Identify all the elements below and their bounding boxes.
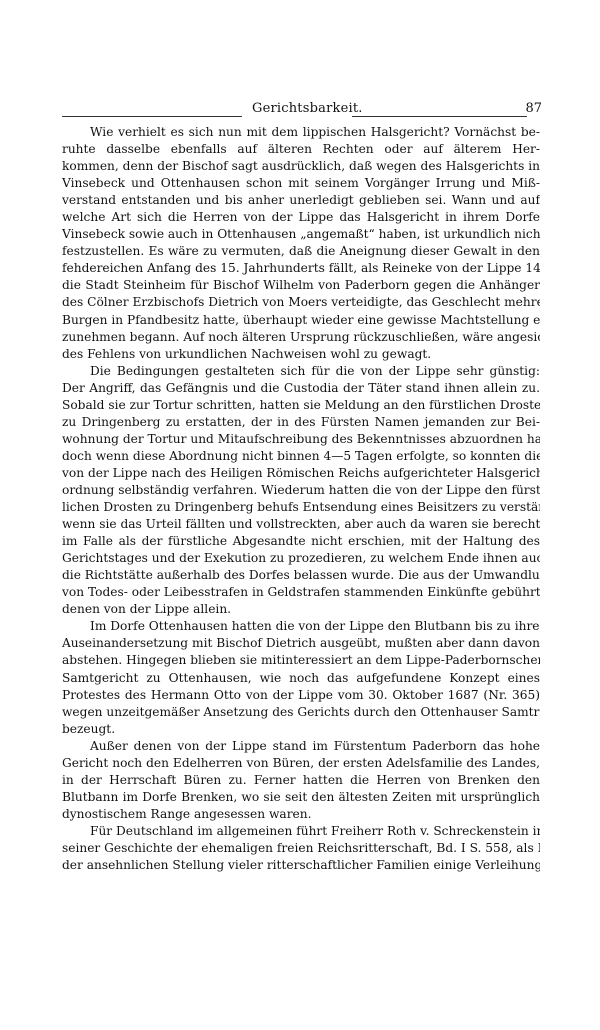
text-line: kommen, denn der Bischof sagt ausdrückli… — [62, 158, 540, 175]
text-line: Wie verhielt es sich nun mit dem lippisc… — [62, 124, 540, 141]
text-line: Burgen in Pfandbesitz hatte, überhaupt w… — [62, 312, 540, 329]
text-line: von der Lippe nach des Heiligen Römische… — [62, 465, 540, 482]
body-text: Wie verhielt es sich nun mit dem lippisc… — [62, 124, 540, 874]
text-line: ordnung selbständig verfahren. Wiederum … — [62, 482, 540, 499]
text-line: die Richtstätte außerhalb des Dorfes bel… — [62, 567, 540, 584]
running-title: Gerichtsbarkeit. — [252, 101, 363, 116]
text-line: des Fehlens von urkundlichen Nachweisen … — [62, 346, 540, 363]
text-line: festzustellen. Es wäre zu vermuten, daß … — [62, 243, 540, 260]
text-line: Im Dorfe Ottenhausen hatten die von der … — [62, 618, 540, 635]
text-line: fehdereichen Anfang des 15. Jahrhunderts… — [62, 260, 540, 277]
text-line: ruhte dasselbe ebenfalls auf älteren Rec… — [62, 141, 540, 158]
text-line: von Todes- oder Leibesstrafen in Geldstr… — [62, 584, 540, 601]
text-line: des Cölner Erzbischofs Dietrich von Moer… — [62, 294, 540, 311]
text-line: Außer denen von der Lippe stand im Fürst… — [62, 738, 540, 755]
text-line: zunehmen begann. Auf noch älteren Urspru… — [62, 329, 540, 346]
paragraph: Für Deutschland im allgemeinen führt Fre… — [62, 823, 540, 874]
text-line: Die Bedingungen gestalteten sich für die… — [62, 363, 540, 380]
text-line: wegen unzeitgemäßer Ansetzung des Gerich… — [62, 704, 540, 721]
page-number: 87 — [525, 101, 542, 116]
text-line: Sobald sie zur Tortur schritten, hatten … — [62, 397, 540, 414]
text-line: Vinsebeck und Ottenhausen schon mit sein… — [62, 175, 540, 192]
paragraph: Außer denen von der Lippe stand im Fürst… — [62, 738, 540, 823]
text-line: doch wenn diese Abordnung nicht binnen 4… — [62, 448, 540, 465]
text-line: Vinsebeck sowie auch in Ottenhausen „ang… — [62, 226, 540, 243]
text-line: zu Dringenberg zu erstatten, der in des … — [62, 414, 540, 431]
paragraph: Wie verhielt es sich nun mit dem lippisc… — [62, 124, 540, 363]
running-header: Gerichtsbarkeit. 87 — [62, 101, 542, 119]
text-line: denen von der Lippe allein. — [62, 601, 540, 618]
text-line: Protestes des Hermann Otto von der Lippe… — [62, 687, 540, 704]
text-line: die Stadt Steinheim für Bischof Wilhelm … — [62, 277, 540, 294]
text-line: bezeugt. — [62, 721, 540, 738]
paragraph: Im Dorfe Ottenhausen hatten die von der … — [62, 618, 540, 737]
text-line: Der Angriff, das Gefängnis und die Custo… — [62, 380, 540, 397]
text-line: im Falle als der fürstliche Abgesandte n… — [62, 533, 540, 550]
text-line: welche Art sich die Herren von der Lippe… — [62, 209, 540, 226]
text-line: Gerichtstages und der Exekution zu proze… — [62, 550, 540, 567]
text-line: lichen Drosten zu Dringenberg behufs Ent… — [62, 499, 540, 516]
text-line: in der Herrschaft Büren zu. Ferner hatte… — [62, 772, 540, 789]
text-line: wenn sie das Urteil fällten und vollstre… — [62, 516, 540, 533]
text-line: Blutbann im Dorfe Brenken, wo sie seit d… — [62, 789, 540, 806]
text-line: der ansehnlichen Stellung vieler ritters… — [62, 857, 540, 874]
header-rule-left — [62, 116, 242, 117]
text-line: seiner Geschichte der ehemaligen freien … — [62, 840, 540, 857]
document-page: Gerichtsbarkeit. 87 Wie verhielt es sich… — [0, 0, 600, 1030]
text-line: Auseinandersetzung mit Bischof Dietrich … — [62, 635, 540, 652]
text-line: Für Deutschland im allgemeinen führt Fre… — [62, 823, 540, 840]
text-line: Samtgericht zu Ottenhausen, wie noch das… — [62, 670, 540, 687]
text-line: dynostischem Range angesessen waren. — [62, 806, 540, 823]
text-line: wohnung der Tortur und Mitaufschreibung … — [62, 431, 540, 448]
paragraph: Die Bedingungen gestalteten sich für die… — [62, 363, 540, 619]
text-line: verstand entstanden und bis anher unerle… — [62, 192, 540, 209]
header-rule-right — [352, 116, 527, 117]
text-line: abstehen. Hingegen blieben sie mitintere… — [62, 652, 540, 669]
text-line: Gericht noch den Edelherren von Büren, d… — [62, 755, 540, 772]
